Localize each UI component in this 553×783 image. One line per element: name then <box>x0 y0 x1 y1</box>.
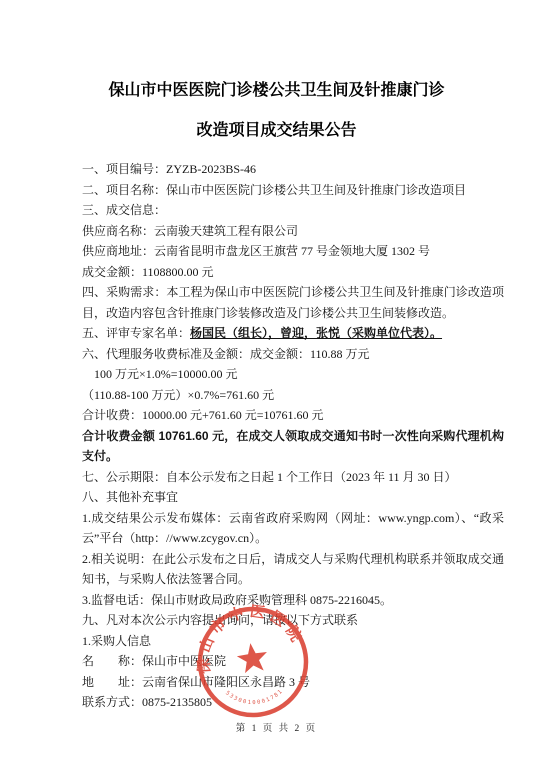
page-footer: 第 1 页 共 2 页 <box>0 720 553 734</box>
para-buyer-info-heading: 1.采购人信息 <box>82 631 504 652</box>
para-project-number: 一、项目编号：ZYZB-2023BS-46 <box>82 159 504 180</box>
document-title-line2: 改造项目成交结果公告 <box>0 120 553 142</box>
para-related-notes: 2.相关说明：在此公示发布之日后，请成交人与采购代理机构联系并领取成交通知书，与… <box>82 549 504 590</box>
para-fee-total: 合计收费：10000.00 元+761.60 元=10761.60 元 <box>82 405 504 426</box>
para-other-matters-heading: 八、其他补充事宜 <box>82 487 504 508</box>
para-deal-amount: 成交金额：1108800.00 元 <box>82 262 504 283</box>
para-supplier-name: 供应商名称：云南骏天建筑工程有限公司 <box>82 221 504 242</box>
document-page: 保山市中医医院门诊楼公共卫生间及针推康门诊 改造项目成交结果公告 一、项目编号：… <box>0 0 553 783</box>
document-title-line1: 保山市中医医院门诊楼公共卫生间及针推康门诊 <box>0 0 553 102</box>
para-procurement-requirements: 四、采购需求：本工程为保山市中医医院门诊楼公共卫生间及针推康门诊改造项目，改造内… <box>82 282 504 323</box>
para-supervision-phone: 3.监督电话：保山市财政局政府采购管理科 0875-2216045。 <box>82 590 504 611</box>
para-buyer-name: 名 称：保山市中医医院 <box>82 651 504 672</box>
document-body: 一、项目编号：ZYZB-2023BS-46 二、项目名称：保山市中医医院门诊楼公… <box>82 159 504 713</box>
para-buyer-address: 地 址：云南省保山市隆阳区永昌路 3 号 <box>82 672 504 693</box>
para-deal-info-heading: 三、成交信息： <box>82 200 504 221</box>
para-buyer-contact: 联系方式：0875-2135805 <box>82 692 504 713</box>
expert-list-label: 五、评审专家名单： <box>82 326 190 340</box>
para-fee-payment-note: 合计收费金额 10761.60 元，在成交人领取成交通知书时一次性向采购代理机构… <box>82 426 504 467</box>
para-contact-heading: 九、凡对本次公示内容提出询问，请按以下方式联系 <box>82 610 504 631</box>
para-fee-calc-2: （110.88-100 万元）×0.7%=761.60 元 <box>82 385 504 406</box>
para-expert-list: 五、评审专家名单：杨国民（组长），曾迎，张悦（采购单位代表）。 <box>82 323 504 344</box>
para-fee-calc-1: 100 万元×1.0%=10000.00 元 <box>82 364 504 385</box>
expert-list-names: 杨国民（组长），曾迎，张悦（采购单位代表）。 <box>190 326 442 340</box>
para-publish-media: 1.成交结果公示发布媒体：云南省政府采购网（网址：www.yngp.com）、“… <box>82 508 504 549</box>
para-agency-fee: 六、代理服务收费标准及金额：成交金额：110.88 万元 <box>82 344 504 365</box>
para-supplier-address: 供应商地址：云南省昆明市盘龙区王旗营 77 号金领地大厦 1302 号 <box>82 241 504 262</box>
para-publicity-period: 七、公示期限：自本公示发布之日起 1 个工作日（2023 年 11 月 30 日… <box>82 467 504 488</box>
para-project-name: 二、项目名称：保山市中医医院门诊楼公共卫生间及针推康门诊改造项目 <box>82 180 504 201</box>
